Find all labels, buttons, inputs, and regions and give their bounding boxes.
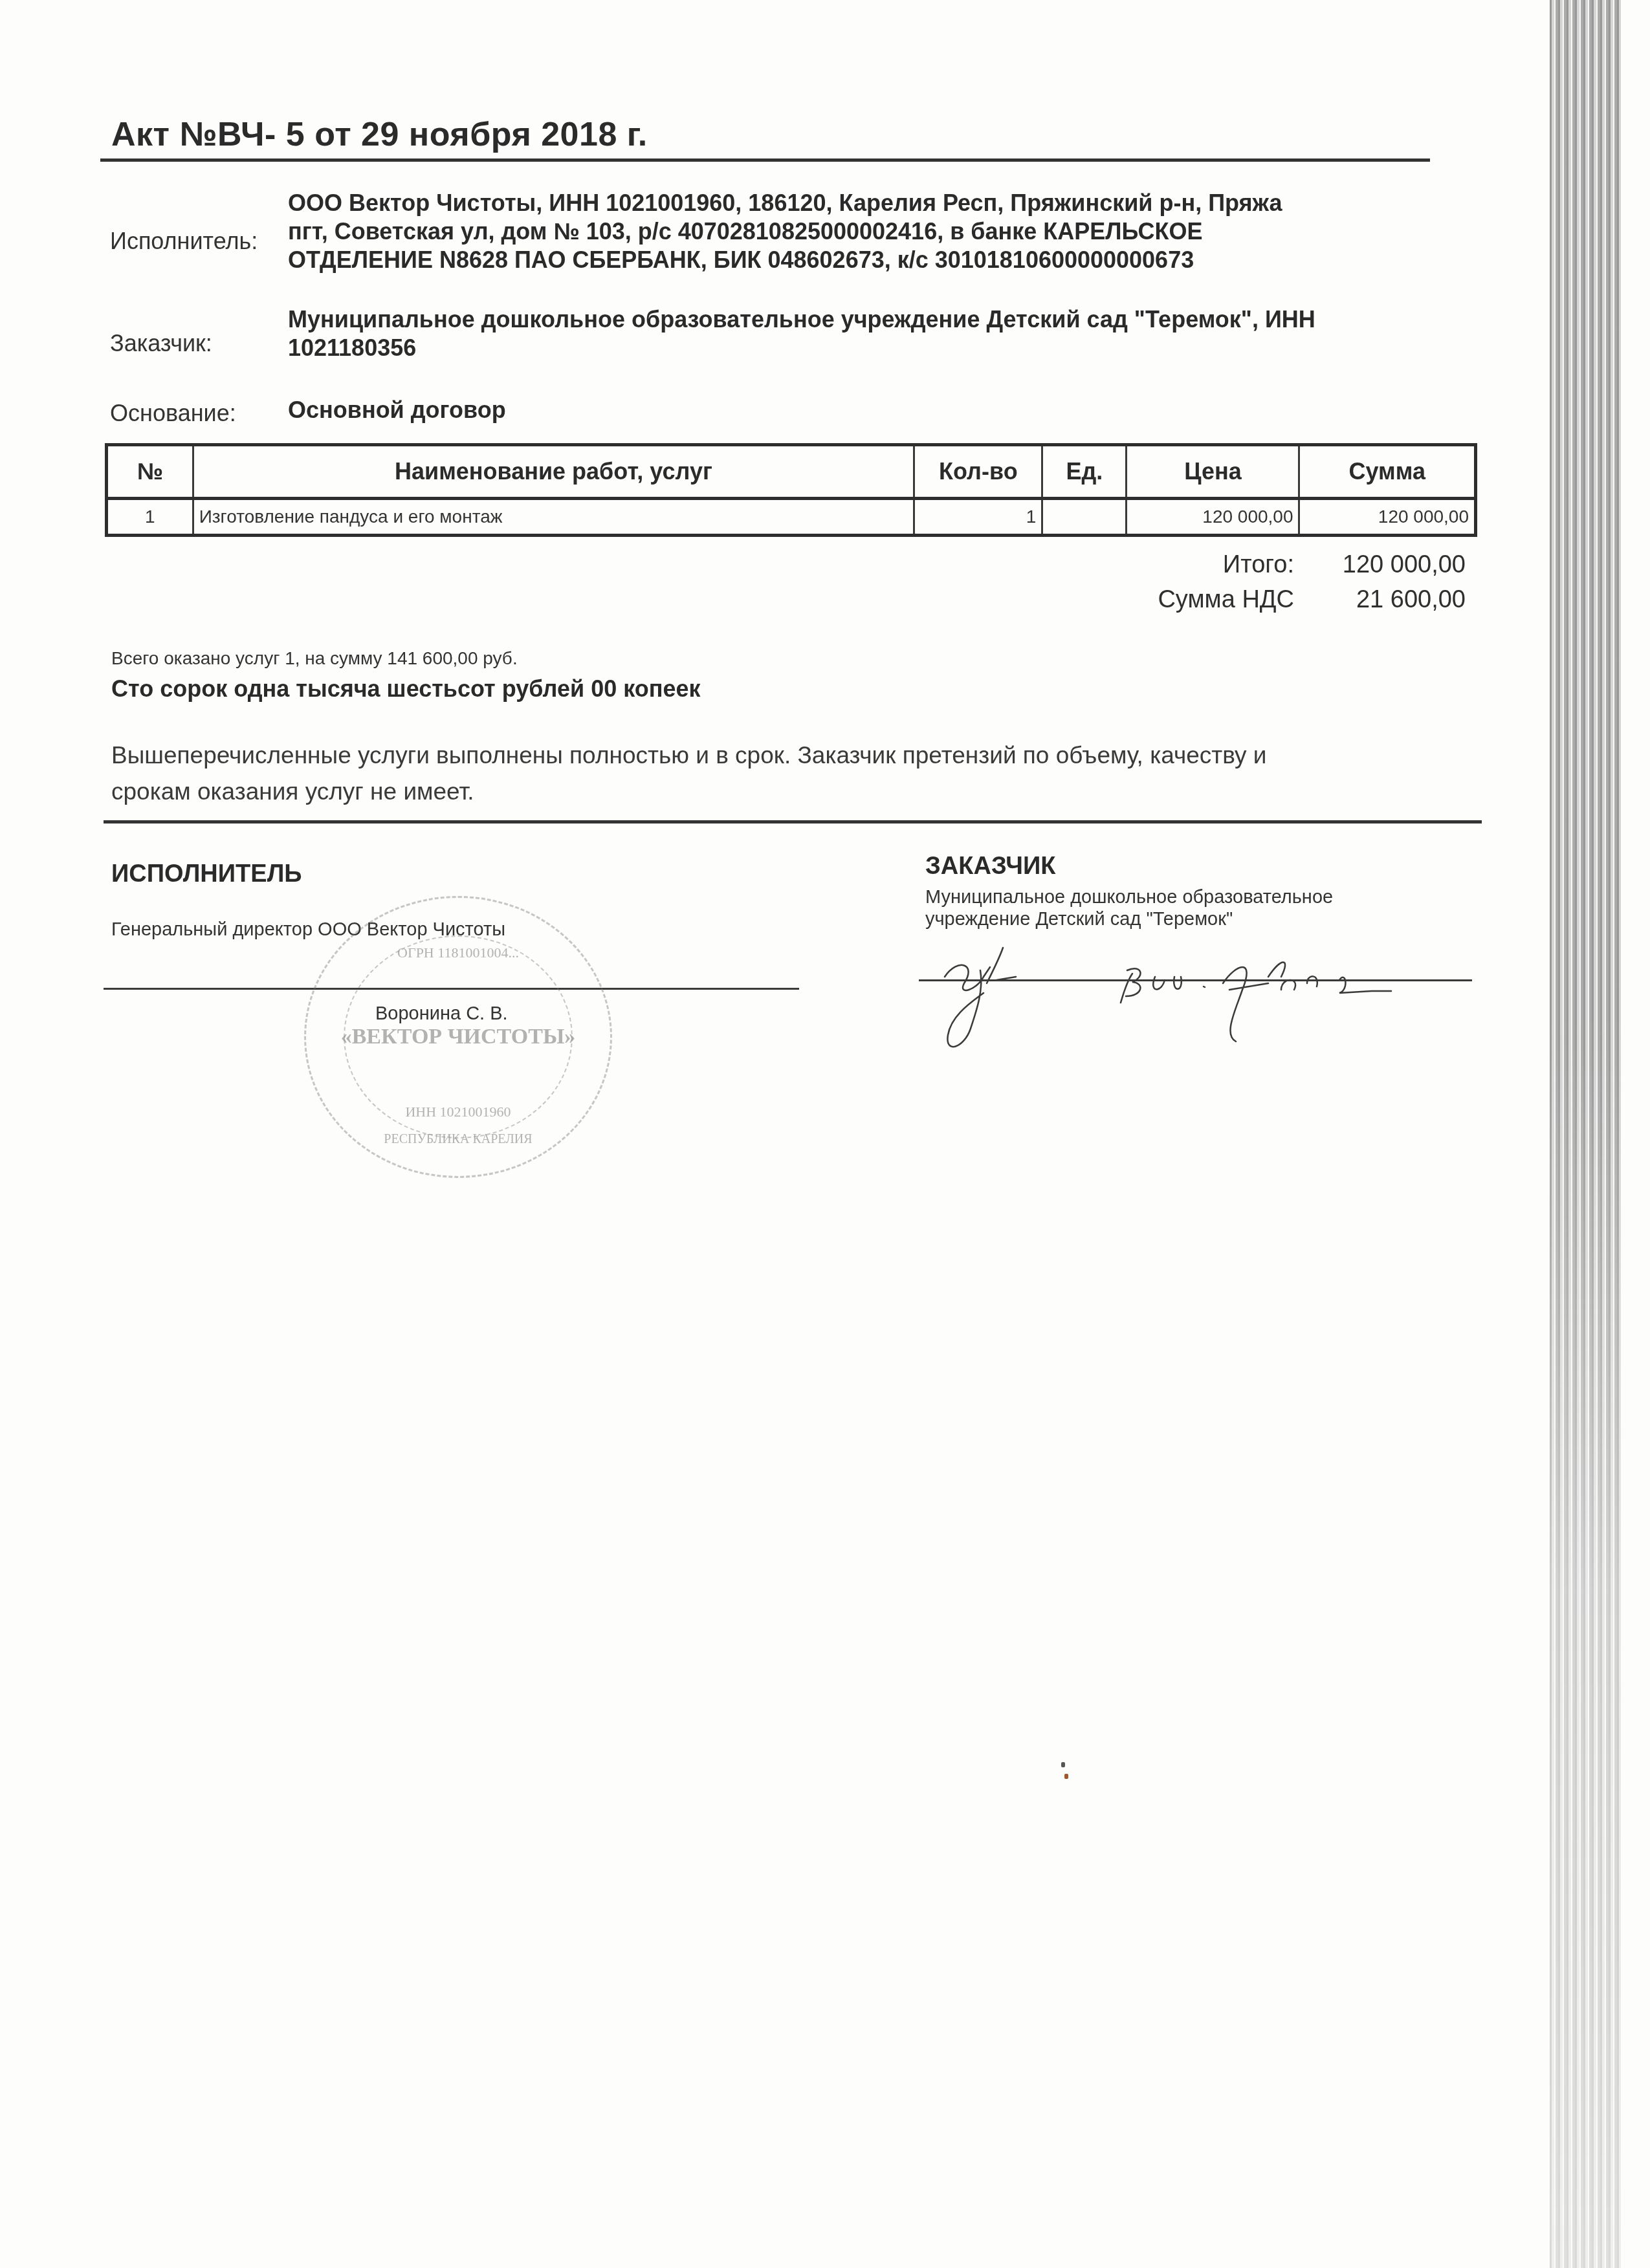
scan-speck	[1061, 1762, 1065, 1767]
scan-edge-artifact	[1550, 0, 1621, 2268]
subtotal-value: 120 000,00	[1278, 551, 1466, 579]
executor-line: пгт, Советская ул, дом № 103, р/с 407028…	[288, 217, 1282, 246]
customer-org-line: Муниципальное дошкольное образовательное	[925, 886, 1333, 908]
executor-line: ООО Вектор Чистоты, ИНН 1021001960, 1861…	[288, 189, 1282, 217]
vat-label: Сумма НДС	[1100, 586, 1294, 614]
document-title: Акт №ВЧ- 5 от 29 ноября 2018 г.	[111, 115, 648, 154]
acceptance-statement: Вышеперечисленные услуги выполнены полно…	[111, 737, 1483, 810]
subtotal-label: Итого:	[1100, 551, 1294, 579]
handwritten-signature	[919, 932, 1501, 1061]
customer-org: Муниципальное дошкольное образовательное…	[925, 886, 1333, 930]
statement-line: Вышеперечисленные услуги выполнены полно…	[111, 737, 1483, 774]
customer-line: 1021180356	[288, 334, 1315, 362]
title-divider	[100, 158, 1430, 162]
table-row: 1 Изготовление пандуса и его монтаж 1 12…	[107, 499, 1476, 536]
row-price: 120 000,00	[1127, 499, 1299, 536]
customer-label: Заказчик:	[110, 330, 212, 357]
statement-line: срокам оказания услуг не имеет.	[111, 774, 1483, 810]
scan-speck	[1064, 1774, 1068, 1779]
executor-details: ООО Вектор Чистоты, ИНН 1021001960, 1861…	[288, 189, 1282, 274]
row-unit	[1042, 499, 1127, 536]
summary-line: Всего оказано услуг 1, на сумму 141 600,…	[111, 648, 518, 669]
customer-org-line: учреждение Детский сад "Теремок"	[925, 908, 1333, 930]
row-name: Изготовление пандуса и его монтаж	[193, 499, 914, 536]
basis-value: Основной договор	[288, 396, 506, 424]
header-unit: Ед.	[1042, 445, 1127, 499]
customer-sign-heading: ЗАКАЗЧИК	[925, 853, 1055, 880]
customer-details: Муниципальное дошкольное образовательное…	[288, 305, 1315, 362]
header-num: №	[107, 445, 193, 499]
executor-line: ОТДЕЛЕНИЕ N8628 ПАО СБЕРБАНК, БИК 048602…	[288, 246, 1282, 274]
row-sum: 120 000,00	[1299, 499, 1476, 536]
company-seal: ОГРН 1181001004... «ВЕКТОР ЧИСТОТЫ» ИНН …	[304, 896, 612, 1178]
basis-label: Основание:	[110, 400, 236, 427]
header-price: Цена	[1127, 445, 1299, 499]
executor-label: Исполнитель:	[110, 228, 258, 255]
row-num: 1	[107, 499, 193, 536]
header-sum: Сумма	[1299, 445, 1476, 499]
row-qty: 1	[914, 499, 1042, 536]
header-name: Наименование работ, услуг	[193, 445, 914, 499]
vat-value: 21 600,00	[1278, 586, 1466, 614]
amount-in-words: Сто сорок одна тысяча шестьсот рублей 00…	[111, 675, 701, 703]
signatures-divider	[104, 820, 1482, 823]
seal-ogrn: ОГРН 1181001004...	[306, 944, 610, 961]
seal-inn: ИНН 1021001960	[306, 1104, 610, 1120]
header-qty: Кол-во	[914, 445, 1042, 499]
items-table: № Наименование работ, услуг Кол-во Ед. Ц…	[105, 443, 1477, 537]
executor-sign-heading: ИСПОЛНИТЕЛЬ	[111, 860, 302, 888]
seal-region: РЕСПУБЛИКА КАРЕЛИЯ	[306, 1132, 610, 1147]
customer-line: Муниципальное дошкольное образовательное…	[288, 305, 1315, 334]
seal-center-text: «ВЕКТОР ЧИСТОТЫ»	[306, 1025, 610, 1049]
table-header-row: № Наименование работ, услуг Кол-во Ед. Ц…	[107, 445, 1476, 499]
